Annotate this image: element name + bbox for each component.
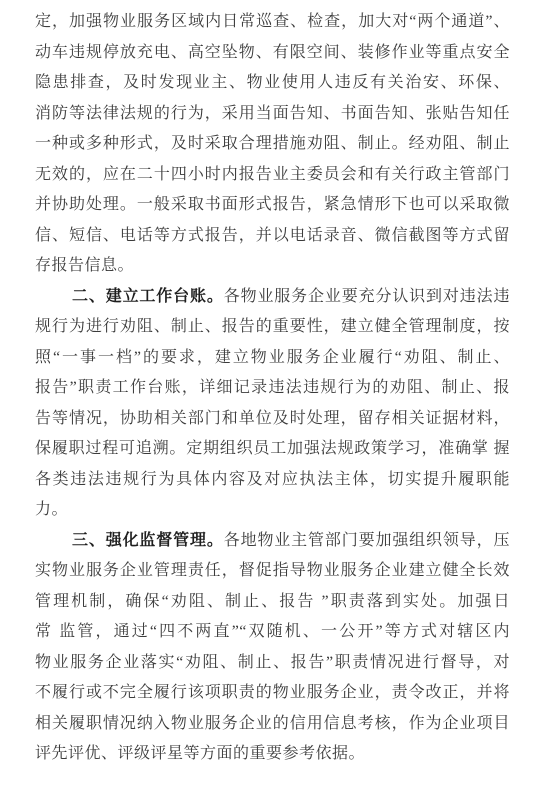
text-line: 不履行或不完全履行该项职责的物业服务企业，责令改正，并将 (35, 678, 510, 709)
paragraph: 三、强化监督管理。各地物业主管部门要加强组织领导，压 实物业服务企业管理责任，督… (35, 526, 510, 770)
text-line: 并协助处理。一般采取书面形式报告，紧急情形下也可以采取微 (35, 190, 510, 221)
text-line: 一种或多种形式，及时采取合理措施劝阻、制止。经劝阻、制止 (35, 129, 510, 160)
text-line: 动车违规停放充电、高空坠物、有限空间、装修作业等重点安全 (35, 38, 510, 69)
text-line: 保履职过程可追溯。定期组织员工加强法规政策学习，准确掌 握 (35, 434, 510, 465)
text-line: 存报告信息。 (35, 251, 510, 282)
text-line: 照“一事一档”的要求，建立物业服务企业履行“劝阻、制止、 (35, 343, 510, 374)
text-line: 评先评优、评级评星等方面的重要参考依据。 (35, 739, 510, 770)
text-line: 三、强化监督管理。各地物业主管部门要加强组织领导，压 (35, 526, 510, 557)
text-line: 报告”职责工作台账，详细记录违法违规行为的劝阻、制止、报 (35, 373, 510, 404)
text-line: 实物业服务企业管理责任，督促指导物业服务企业建立健全长效 (35, 556, 510, 587)
text-line: 定，加强物业服务区域内日常巡查、检查，加大对“两个通道”、 电 (35, 7, 510, 38)
section-heading: 三、强化监督管理。 (72, 532, 224, 549)
text-line: 告等情况，协助相关部门和单位及时处理，留存相关证据材料，确 (35, 404, 510, 435)
text-line: 力。 (35, 495, 510, 526)
paragraph: 二、建立工作台账。各物业服务企业要充分认识到对违法违 规行为进行劝阻、制止、报告… (35, 282, 510, 526)
text-line: 二、建立工作台账。各物业服务企业要充分认识到对违法违 (35, 282, 510, 313)
text-run: 各地物业主管部门要加强组织领导，压 (224, 532, 510, 549)
text-run: 各物业服务企业要充分认识到对违法违 (224, 288, 510, 305)
paragraph: 定，加强物业服务区域内日常巡查、检查，加大对“两个通道”、 电 动车违规停放充电… (35, 7, 510, 282)
document-page: 定，加强物业服务区域内日常巡查、检查，加大对“两个通道”、 电 动车违规停放充电… (0, 0, 538, 800)
text-line: 物业服务企业落实“劝阻、制止、报告”职责情况进行督导，对 (35, 648, 510, 679)
text-line: 信、短信、电话等方式报告，并以电话录音、微信截图等方式留 (35, 221, 510, 252)
text-line: 管理机制，确保“劝阻、制止、报告 ”职责落到实处。加强日 (35, 587, 510, 618)
section-heading: 二、建立工作台账。 (72, 288, 224, 305)
text-line: 各类违法违规行为具体内容及对应执法主体，切实提升履职能 (35, 465, 510, 496)
text-line: 隐患排查，及时发现业主、物业使用人违反有关治安、环保、 (35, 68, 510, 99)
text-line: 消防等法律法规的行为，采用当面告知、书面告知、张贴告知任 (35, 99, 510, 130)
text-line: 相关履职情况纳入物业服务企业的信用信息考核，作为企业项目 (35, 709, 510, 740)
text-line: 无效的，应在二十四小时内报告业主委员会和有关行政主管部门 (35, 160, 510, 191)
text-line: 常 监管，通过“四不两直”“双随机、一公开”等方式对辖区内 (35, 617, 510, 648)
text-line: 规行为进行劝阻、制止、报告的重要性，建立健全管理制度，按 (35, 312, 510, 343)
